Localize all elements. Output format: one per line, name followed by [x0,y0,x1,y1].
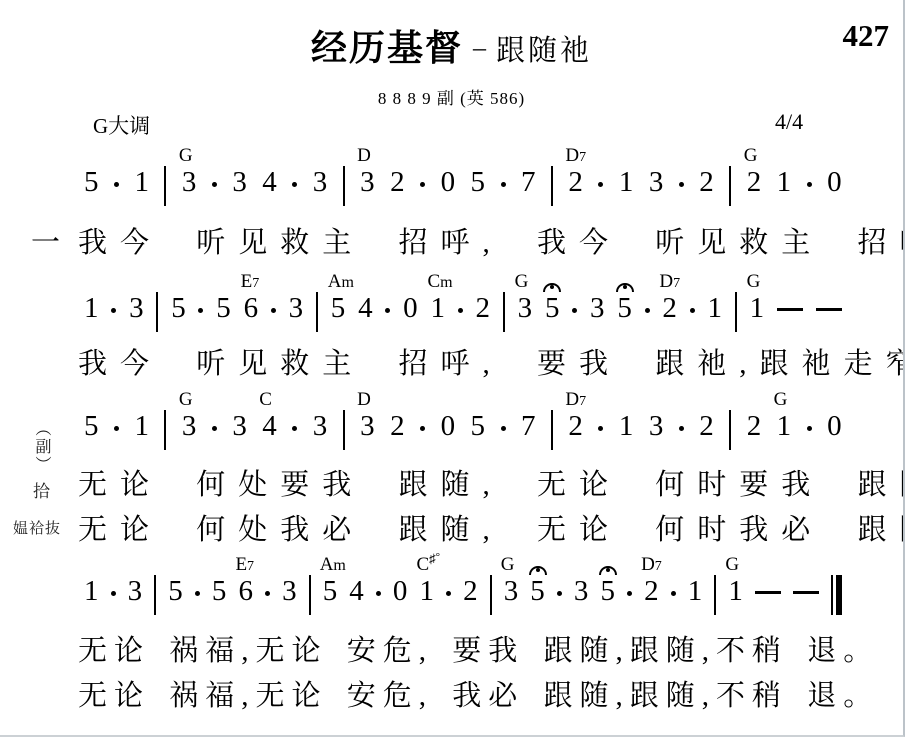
note: 3 [313,168,328,197]
note-digit: 2 [568,168,583,197]
note-digit: 3 [360,168,375,197]
note: G3 [518,294,533,323]
lyric-line-3: 无论 何处要我 跟随, 无论 何时要我 跟随, [78,462,905,503]
chord-label: D7 [641,555,662,574]
music-line-2: 1355E763Am540Cm12G3535D721G1 [84,266,842,332]
note-digit: 5 [212,577,227,606]
duration-dot [679,182,684,187]
note-digit: 2 [463,577,478,606]
note: 3 [232,412,247,441]
note-digit: 3 [182,168,197,197]
note-digit: 1 [708,294,723,323]
duration-dot [501,426,506,431]
note: 2 [747,412,762,441]
side-mark-1: 拾 [33,477,50,502]
duration-dot [114,426,119,431]
note-digit: 2 [662,294,677,323]
note-digit: 0 [827,412,842,441]
note-digit: 3 [313,168,328,197]
duration-dot [420,426,425,431]
note-digit: 1 [777,412,792,441]
note: Am5 [323,577,338,606]
note-digit: 5 [471,168,486,197]
sustain-dash [755,591,781,594]
final-barline-thin [831,575,833,615]
barline [503,292,505,332]
note: 1 [708,294,723,323]
note: 1 [134,168,149,197]
duration-dot [446,591,451,596]
note-digit: 4 [262,412,277,441]
chord-label: Am [320,555,346,574]
duration-dot [265,591,270,596]
note: 0 [827,168,842,197]
sustain-dash [793,591,819,594]
note: D72 [662,294,677,323]
note-digit: 2 [699,168,714,197]
sustain-dash [816,308,842,311]
note: 3 [574,577,589,606]
fermata-icon [529,566,547,572]
note: 0 [393,577,408,606]
note-digit: 1 [84,294,99,323]
duration-dot [195,591,200,596]
note-digit: 3 [232,168,247,197]
note: G3 [504,577,519,606]
note: G2 [747,168,762,197]
barline [164,410,166,450]
note: 3 [289,294,304,323]
hymn-sheet-page: 经历基督 – 跟随祂 427 8 8 8 9 副 (英 586) G大调 4/4… [0,0,905,737]
note: Am5 [331,294,346,323]
final-barline-thick [836,575,842,615]
duration-dot [114,182,119,187]
note-digit: 0 [441,412,456,441]
side-mark-2: 媪袷抜 [13,517,61,538]
note-digit: 1 [134,412,149,441]
note-digit: 1 [728,577,743,606]
time-signature: 4/4 [775,109,803,135]
note: 0 [827,412,842,441]
note: 5 [84,168,99,197]
note: 2 [476,294,491,323]
note: 4 [349,577,364,606]
chord-label: E7 [241,272,260,291]
note-digit: 2 [390,168,405,197]
note: 2 [699,412,714,441]
barline [729,166,731,206]
note-digit: 1 [84,577,99,606]
note: 3 [649,412,664,441]
note: 1 [619,168,634,197]
duration-dot [385,308,390,313]
note-digit: 1 [419,577,434,606]
note-digit: 0 [403,294,418,323]
chord-label: D7 [565,390,586,409]
note-digit: 7 [521,412,536,441]
chord-label: Cm [427,272,452,291]
note-digit: 3 [282,577,297,606]
note-digit: 5 [471,412,486,441]
title-row: 经历基督 – 跟随祂 [0,20,903,71]
note-digit: 5 [545,294,560,323]
note-digit: 0 [393,577,408,606]
chord-label: G [744,146,758,165]
duration-dot [598,426,603,431]
note-digit: 3 [289,294,304,323]
note-digit: 3 [232,412,247,441]
note-digit: 1 [688,577,703,606]
note-digit: 6 [244,294,259,323]
chord-label: G [515,272,529,291]
sustain-dash [777,308,803,311]
note-digit: 3 [649,412,664,441]
duration-dot [598,182,603,187]
note-digit: 4 [262,168,277,197]
chord-label: D7 [565,146,586,165]
note-digit: 2 [747,412,762,441]
barline [551,410,553,450]
note: G3 [182,412,197,441]
duration-dot [198,308,203,313]
note: 5 [212,577,227,606]
barline [156,292,158,332]
duration-dot [271,308,276,313]
duration-dot [557,591,562,596]
note-digit: 3 [182,412,197,441]
duration-dot [292,426,297,431]
note: 3 [313,412,328,441]
note: Cm1 [430,294,445,323]
note: 3 [649,168,664,197]
note: 2 [390,412,405,441]
note-digit: 3 [360,412,375,441]
note: 2 [463,577,478,606]
key-signature: G大调 [93,110,150,140]
note: G1 [750,294,765,323]
hymn-number: 427 [843,18,890,54]
note-digit: 5 [216,294,231,323]
note-digit: 3 [128,577,143,606]
duration-dot [572,308,577,313]
duration-dot [645,308,650,313]
music-line-4: 1355E763Am540C♯°12G3535D721G1 [84,549,842,615]
barline [714,575,716,615]
chord-label: G [179,390,193,409]
note: E76 [244,294,259,323]
duration-dot [292,182,297,187]
verse-number: 一 [31,220,60,261]
note: 0 [403,294,418,323]
note: 0 [441,168,456,197]
chord-label: Am [328,272,354,291]
note: E76 [238,577,253,606]
note-digit: 5 [617,294,632,323]
note-digit: 3 [504,577,519,606]
note: 1 [134,412,149,441]
note: 5 [84,412,99,441]
chord-label: G [179,146,193,165]
note: 0 [441,412,456,441]
duration-dot [376,591,381,596]
note-digit: 3 [129,294,144,323]
duration-dot [458,308,463,313]
note-digit: 3 [518,294,533,323]
note: 3 [282,577,297,606]
note: 5 [617,294,632,323]
duration-dot [212,426,217,431]
note-digit: 3 [313,412,328,441]
note: G1 [777,412,792,441]
lyric-line-6: 无论 祸福,无论 安危, 我必 跟随,跟随,不稍 退。 [78,673,879,714]
barline [490,575,492,615]
barline [154,575,156,615]
lyric-line-4: 无论 何处我必 跟随, 无论 何时我必 跟随, [78,507,905,548]
note: D3 [360,412,375,441]
note-digit: 5 [600,577,615,606]
note: 5 [530,577,545,606]
note-digit: 1 [619,168,634,197]
note: 5 [471,168,486,197]
note-digit: 2 [476,294,491,323]
fermata-icon [599,566,617,572]
chord-label: D7 [659,272,680,291]
note: C♯°1 [419,577,434,606]
title-dash: – [473,33,486,62]
note-digit: 1 [750,294,765,323]
note: 2 [390,168,405,197]
note: G1 [728,577,743,606]
note-digit: 4 [358,294,373,323]
note-digit: 1 [777,168,792,197]
meter-info: 8 8 8 9 副 (英 586) [0,84,903,109]
chord-label: D [357,146,371,165]
fermata-icon [616,283,634,289]
duration-dot [111,591,116,596]
note: 1 [84,294,99,323]
note-digit: 1 [619,412,634,441]
barline [316,292,318,332]
note: 1 [619,412,634,441]
lyric-line-2: 我今 听见救主 招呼, 要我 跟祂,跟祂走窄 路。 [78,341,905,382]
barline [735,292,737,332]
barline [729,410,731,450]
note: 3 [128,577,143,606]
note: 5 [168,577,183,606]
chord-label: G [501,555,515,574]
note: 3 [590,294,605,323]
barline [309,575,311,615]
barline [343,410,345,450]
note: 4 [262,168,277,197]
note-digit: 5 [530,577,545,606]
duration-dot [212,182,217,187]
duration-dot [807,426,812,431]
note: G3 [182,168,197,197]
note-digit: 1 [430,294,445,323]
note-digit: 2 [644,577,659,606]
note: 7 [521,168,536,197]
duration-dot [690,308,695,313]
note: 3 [232,168,247,197]
note: 5 [545,294,560,323]
note-digit: 2 [390,412,405,441]
note: 3 [129,294,144,323]
chorus-label: （副） [30,420,53,474]
chord-label: G [774,390,788,409]
chord-label: C♯° [416,552,440,574]
note-digit: 5 [331,294,346,323]
duration-dot [671,591,676,596]
duration-dot [501,182,506,187]
lyric-line-5: 无论 祸福,无论 安危, 要我 跟随,跟随,不稍 退。 [78,628,879,669]
note-digit: 7 [521,168,536,197]
barline [164,166,166,206]
note-digit: 5 [171,294,186,323]
barline [551,166,553,206]
note-digit: 3 [590,294,605,323]
duration-dot [627,591,632,596]
chord-label: E7 [235,555,254,574]
fermata-icon [543,283,561,289]
note-digit: 6 [238,577,253,606]
barline [343,166,345,206]
note-digit: 3 [574,577,589,606]
chord-label: G [747,272,761,291]
duration-dot [807,182,812,187]
note-digit: 5 [84,168,99,197]
final-barline [831,575,842,615]
note: D72 [644,577,659,606]
chord-label: C [259,390,272,409]
note: 5 [471,412,486,441]
note: 4 [358,294,373,323]
note-digit: 5 [323,577,338,606]
note: D72 [568,412,583,441]
duration-dot [679,426,684,431]
note: 1 [777,168,792,197]
note: 1 [84,577,99,606]
note-digit: 5 [168,577,183,606]
hymn-subtitle: 跟随祂 [496,35,592,67]
note-digit: 3 [649,168,664,197]
music-line-3: 51G33C43D32057D721322G10 [84,384,842,450]
chord-label: D [357,390,371,409]
note: 2 [699,168,714,197]
note-digit: 1 [134,168,149,197]
note-digit: 2 [747,168,762,197]
note: 5 [600,577,615,606]
note: 5 [216,294,231,323]
note-digit: 2 [699,412,714,441]
duration-dot [111,308,116,313]
hymn-title: 经历基督 [311,27,463,68]
note: D72 [568,168,583,197]
note-digit: 2 [568,412,583,441]
note: 7 [521,412,536,441]
note: 5 [171,294,186,323]
note: D3 [360,168,375,197]
note-digit: 4 [349,577,364,606]
note: C4 [262,412,277,441]
note-digit: 0 [441,168,456,197]
chord-label: G [725,555,739,574]
note-digit: 0 [827,168,842,197]
lyric-line-1: 我今 听见救主 招呼, 我今 听见救主 招呼, [78,220,905,261]
note-digit: 5 [84,412,99,441]
note: 1 [688,577,703,606]
duration-dot [420,182,425,187]
music-line-1: 51G3343D32057D72132G210 [84,140,842,206]
